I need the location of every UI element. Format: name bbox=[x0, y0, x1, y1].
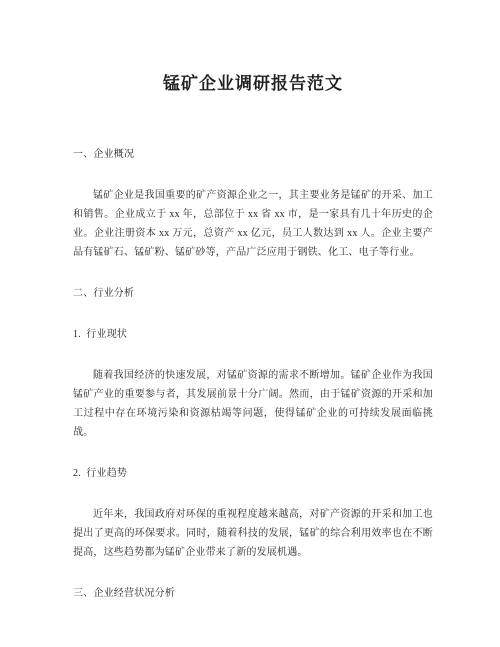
document-page: 锰矿企业调研报告范文 一、企业概况 锰矿企业是我国重要的矿产资源企业之一，其主要… bbox=[0, 0, 500, 647]
paragraph-company-overview: 锰矿企业是我国重要的矿产资源企业之一，其主要业务是锰矿的开采、加工和销售。企业成… bbox=[73, 186, 433, 262]
paragraph-industry-status: 随着我国经济的快速发展，对锰矿资源的需求不断增加。锰矿企业作为我国锰矿产业的重要… bbox=[73, 366, 433, 442]
subheading-industry-status: 1. 行业现状 bbox=[73, 325, 433, 344]
section-heading-company-overview: 一、企业概况 bbox=[73, 145, 433, 164]
document-title: 锰矿企业调研报告范文 bbox=[73, 73, 433, 95]
section-heading-industry-analysis: 二、行业分析 bbox=[73, 284, 433, 303]
section-heading-operating-analysis: 三、企业经营状况分析 bbox=[73, 584, 433, 603]
subheading-industry-trends: 2. 行业趋势 bbox=[73, 464, 433, 483]
paragraph-industry-trends: 近年来，我国政府对环保的重视程度越来越高，对矿产资源的开采和加工也提出了更高的环… bbox=[73, 505, 433, 562]
